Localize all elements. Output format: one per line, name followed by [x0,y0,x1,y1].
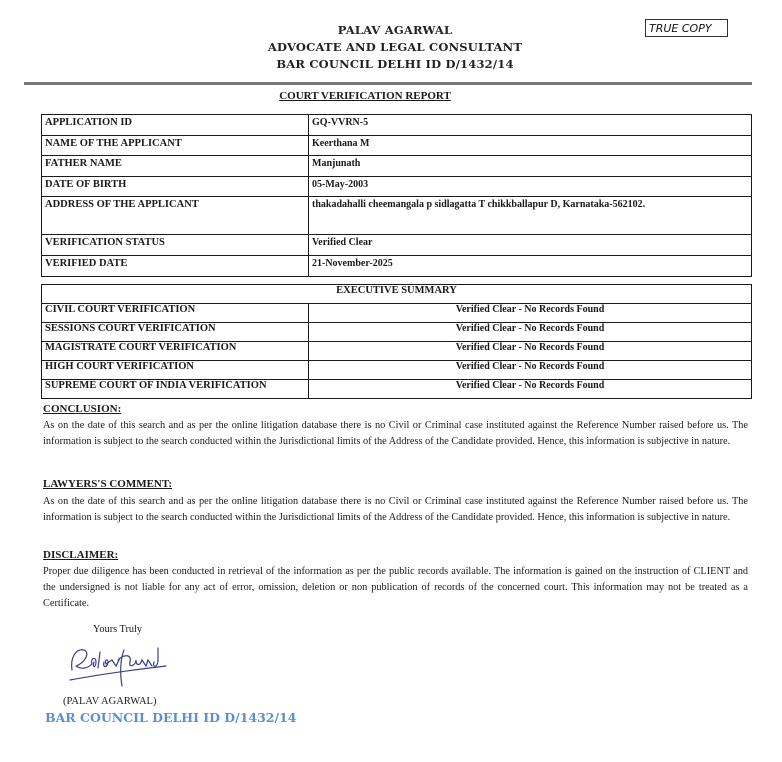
field-value: 21-November-2025 [309,255,752,276]
disclaimer-heading: DISCLAIMER: [43,549,118,561]
court-label: MAGISTRATE COURT VERIFICATION [42,342,309,361]
court-result: Verified Clear - No Records Found [309,361,752,380]
header-divider [24,82,752,85]
court-label: SESSIONS COURT VERIFICATION [42,323,309,342]
field-value: 05-May-2003 [309,176,752,197]
letterhead-role: ADVOCATE AND LEGAL CONSULTANT [0,40,782,54]
field-label: VERIFIED DATE [42,255,309,276]
table-row: CIVIL COURT VERIFICATION Verified Clear … [42,304,752,323]
lawyers-comment-heading: LAWYERS'S COMMENT: [43,478,172,490]
field-label: DATE OF BIRTH [42,176,309,197]
summary-title: EXECUTIVE SUMMARY [42,285,752,304]
table-row: VERIFICATION STATUS Verified Clear [42,235,752,256]
signatory-bar-id: BAR COUNCIL DELHI ID D/1432/14 [45,710,296,725]
table-row: HIGH COURT VERIFICATION Verified Clear -… [42,361,752,380]
lawyers-comment-text: As on the date of this search and as per… [43,494,748,526]
table-row: NAME OF THE APPLICANT Keerthana M [42,135,752,156]
court-label: SUPREME COURT OF INDIA VERIFICATION [42,380,309,399]
signatory-name: (PALAV AGARWAL) [63,696,156,707]
true-copy-stamp: TRUE COPY [645,19,728,37]
letterhead-bar-id: BAR COUNCIL DELHI ID D/1432/14 [0,57,782,71]
closing-text: Yours Truly [93,624,142,635]
table-row: SESSIONS COURT VERIFICATION Verified Cle… [42,323,752,342]
report-title: COURT VERIFICATION REPORT [0,90,730,102]
executive-summary-table: EXECUTIVE SUMMARY CIVIL COURT VERIFICATI… [41,284,752,399]
field-label: APPLICATION ID [42,115,309,136]
disclaimer-text: Proper due diligence has been conducted … [43,564,748,613]
field-label: ADDRESS OF THE APPLICANT [42,197,309,235]
table-row: APPLICATION ID GQ-VVRN-5 [42,115,752,136]
court-result: Verified Clear - No Records Found [309,342,752,361]
court-result: Verified Clear - No Records Found [309,304,752,323]
field-value: thakadahalli cheemangala p sidlagatta T … [309,197,752,235]
court-label: HIGH COURT VERIFICATION [42,361,309,380]
field-value: GQ-VVRN-5 [309,115,752,136]
table-row: VERIFIED DATE 21-November-2025 [42,255,752,276]
table-row: DATE OF BIRTH 05-May-2003 [42,176,752,197]
conclusion-text: As on the date of this search and as per… [43,418,748,450]
table-row: MAGISTRATE COURT VERIFICATION Verified C… [42,342,752,361]
court-result: Verified Clear - No Records Found [309,380,752,399]
table-row: ADDRESS OF THE APPLICANT thakadahalli ch… [42,197,752,235]
field-label: VERIFICATION STATUS [42,235,309,256]
court-label: CIVIL COURT VERIFICATION [42,304,309,323]
table-row: SUPREME COURT OF INDIA VERIFICATION Veri… [42,380,752,399]
court-result: Verified Clear - No Records Found [309,323,752,342]
applicant-info-table: APPLICATION ID GQ-VVRN-5 NAME OF THE APP… [41,114,752,277]
field-value: Manjunath [309,156,752,177]
field-value: Keerthana M [309,135,752,156]
field-label: FATHER NAME [42,156,309,177]
field-label: NAME OF THE APPLICANT [42,135,309,156]
conclusion-heading: CONCLUSION: [43,403,121,415]
summary-header-row: EXECUTIVE SUMMARY [42,285,752,304]
signature-icon [62,640,172,690]
table-row: FATHER NAME Manjunath [42,156,752,177]
field-value: Verified Clear [309,235,752,256]
